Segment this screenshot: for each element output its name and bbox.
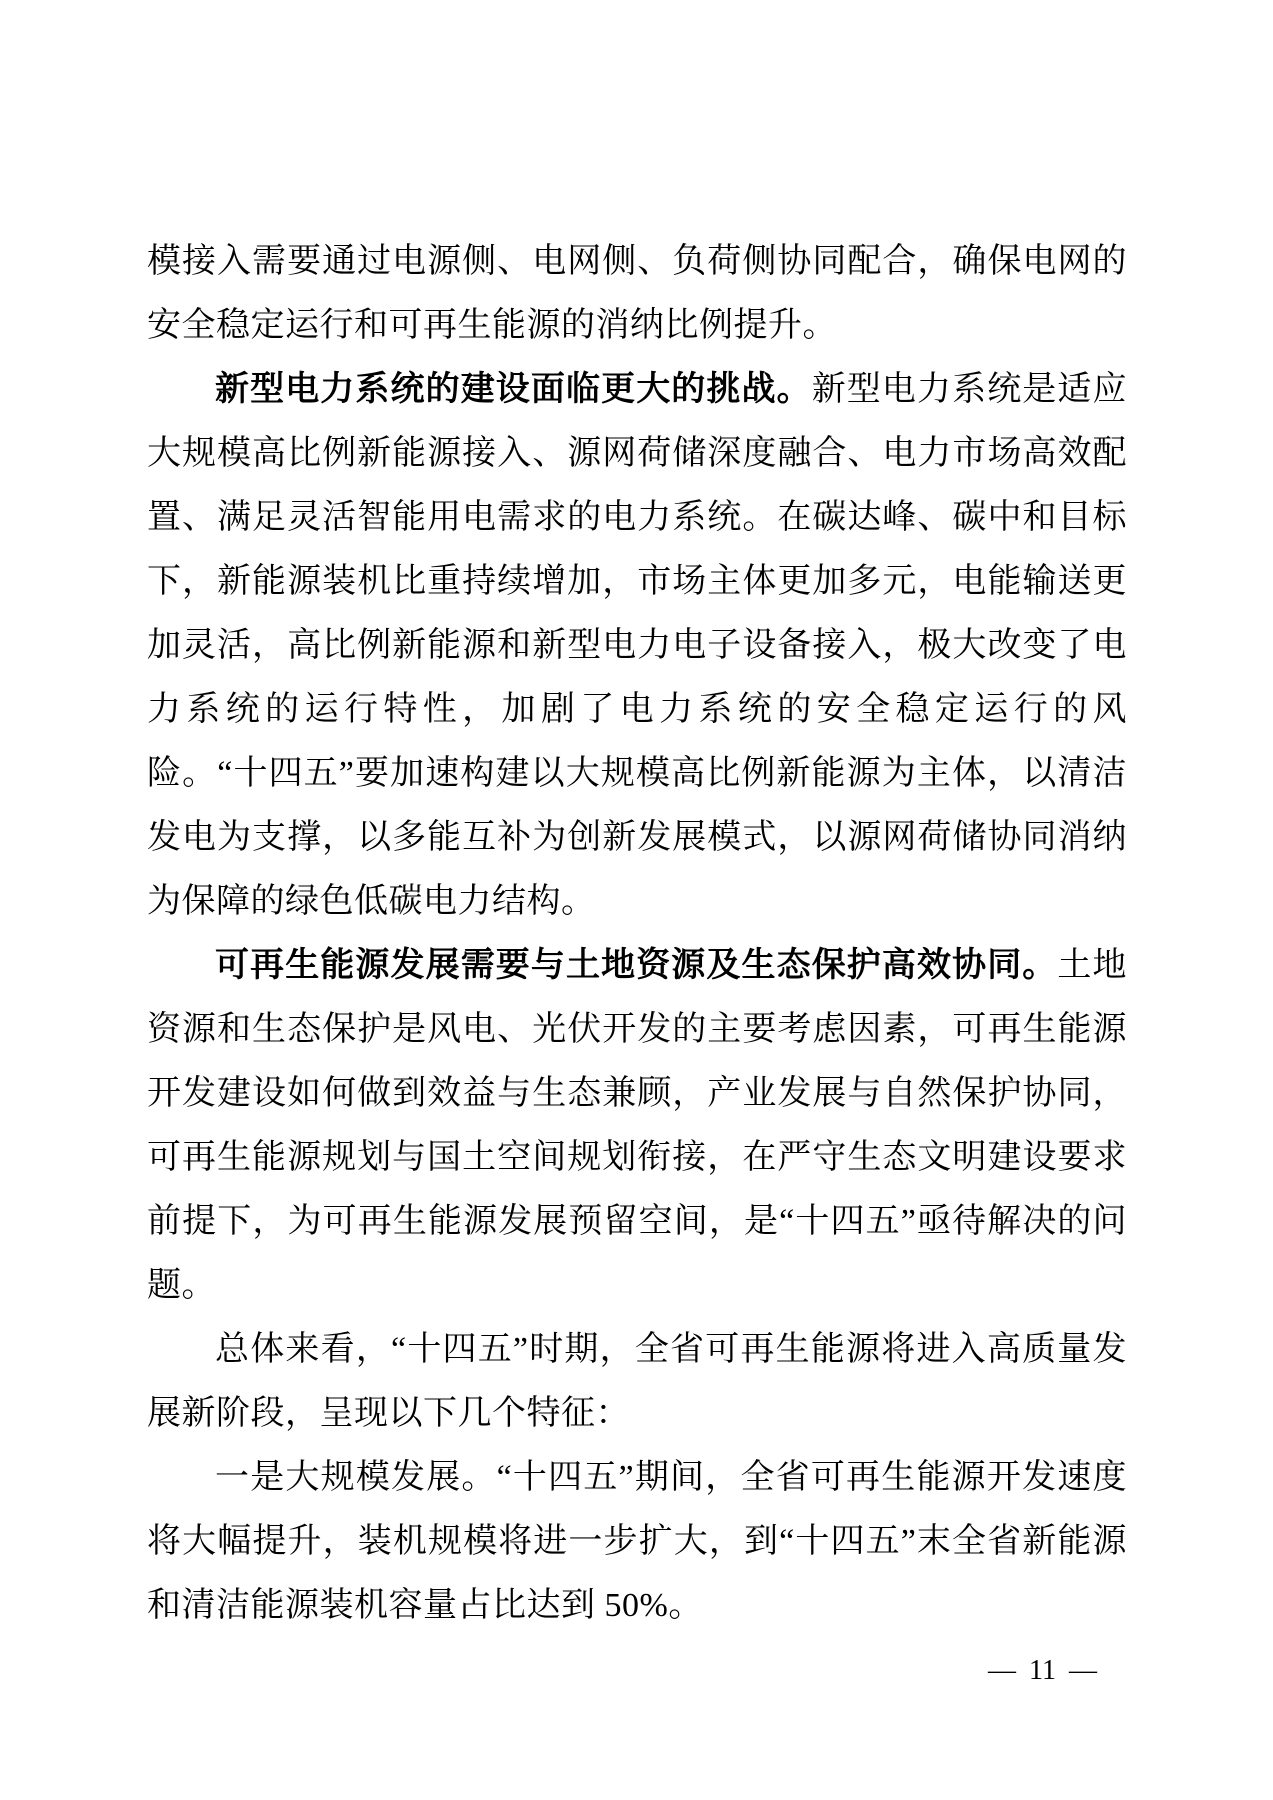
page-footer: — 11 — [988,1655,1097,1687]
paragraph: 总体来看，“十四五”时期，全省可再生能源将进入高质量发展新阶段，呈现以下几个特征… [147,1318,1127,1446]
body-text: 土地资源和生态保护是风电、光伏开发的主要考虑因素，可再生能源开发建设如何做到效益… [147,947,1127,1304]
paragraph: 新型电力系统的建设面临更大的挑战。新型电力系统是适应大规模高比例新能源接入、源网… [147,358,1127,934]
body-text: 一是大规模发展。“十四五”期间，全省可再生能源开发速度将大幅提升，装机规模将进一… [147,1459,1127,1624]
footer-dash-right: — [1069,1655,1097,1687]
paragraph: 模接入需要通过电源侧、电网侧、负荷侧协同配合，确保电网的安全稳定运行和可再生能源… [147,230,1127,358]
paragraph: 可再生能源发展需要与土地资源及生态保护高效协同。土地资源和生态保护是风电、光伏开… [147,934,1127,1318]
page-number: 11 [1029,1655,1056,1687]
footer-dash-left: — [988,1655,1016,1687]
body-text: 总体来看，“十四五”时期，全省可再生能源将进入高质量发展新阶段，呈现以下几个特征… [147,1331,1127,1432]
page-body: 模接入需要通过电源侧、电网侧、负荷侧协同配合，确保电网的安全稳定运行和可再生能源… [147,230,1127,1638]
paragraph: 一是大规模发展。“十四五”期间，全省可再生能源开发速度将大幅提升，装机规模将进一… [147,1446,1127,1638]
bold-lead-text: 新型电力系统的建设面临更大的挑战。 [215,371,812,408]
document-page: 模接入需要通过电源侧、电网侧、负荷侧协同配合，确保电网的安全稳定运行和可再生能源… [0,0,1273,1800]
body-text: 模接入需要通过电源侧、电网侧、负荷侧协同配合，确保电网的安全稳定运行和可再生能源… [147,243,1127,344]
bold-lead-text: 可再生能源发展需要与土地资源及生态保护高效协同。 [215,947,1057,984]
body-text: 新型电力系统是适应大规模高比例新能源接入、源网荷储深度融合、电力市场高效配置、满… [147,371,1127,920]
